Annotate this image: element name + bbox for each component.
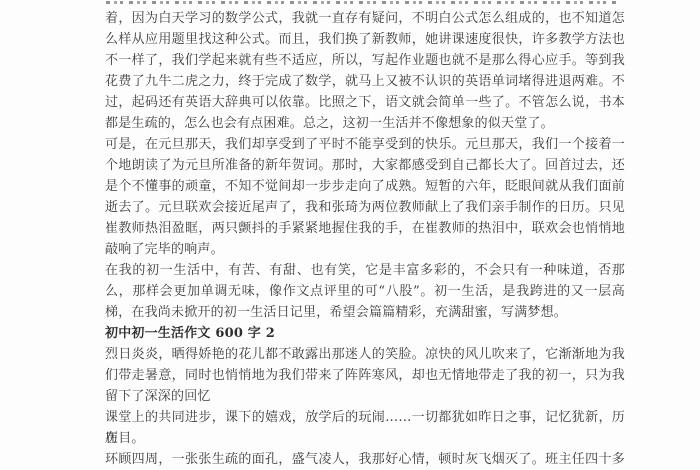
text-line: 么，那样会更加单调无味，像作文点评里的可“八股”。初一生活，是我跨进的又一层高 (105, 281, 625, 302)
cropped-text-line (106, 1, 618, 4)
text-line: 过，起码还有英语大辞典可以依靠。比照之下，语文就会简单一些了。不管怎么说，书本 (105, 92, 625, 113)
text-line: 梯，在我尚未掀开的初一生活日记里，希望会篇篇精彩，充满甜蜜，写满梦想。 (105, 302, 625, 323)
text-line: 留下了深深的回忆 (105, 386, 625, 407)
text-line: 环顾四周，一张张生疏的面孔，盛气凌人，我那好心情，顿时灰飞烟灭了。班主任四十多 (105, 449, 625, 470)
text-line: 么样从应用题里找这种公式。而且，我们换了新教师，她讲课速度很快，许多教学方法也 (105, 29, 625, 50)
text-line: 烈日炎炎，晒得娇艳的花儿都不敢露出那迷人的笑脸。凉快的风儿吹来了，它渐渐地为我 (105, 344, 625, 365)
text-line: 逝去了。元旦联欢会接近尾声了，我和张琦为两位教师献上了我们亲手制作的日历。只见 (105, 197, 625, 218)
text-line: 崔教师热泪盈眶，两只颤抖的手紧紧地握住我的手，在崔教师的热泪中，联欢会也悄悄地 (105, 218, 625, 239)
text-line: 敲响了完毕的响声。 (105, 239, 625, 260)
document-page: 着，因为白天学习的数学公式，我就一直存有疑问，不明白公式怎么组成的，也不知道怎么… (0, 0, 700, 470)
text-line: 是个不懂事的顽童，不知不觉间却一步步走向了成熟。短暂的六年，眨眼间就从我们面前 (105, 176, 625, 197)
text-line: 在我的初一生活中，有苦、有甜、也有笑，它是丰富多彩的，不会只有一种味道，否那 (105, 260, 625, 281)
text-line: 花费了九牛二虎之力，终于完成了数学，就马上又被不认识的英语单词堵得进退两难。不 (105, 71, 625, 92)
text-line: 个地朗读了为元旦所准备的新年贺词。那时，大家都感受到自己都长大了。回首过去，还 (105, 155, 625, 176)
text-line: 不一样了，我们学起来就有些不适应，所以，写起作业题也就不是那么得心应手。等到我 (105, 50, 625, 71)
text-line: 们带走暑意，同时也悄悄地为我们带来了阵阵寒风，却也无情地带走了我的初一，只为我 (105, 365, 625, 386)
section-heading: 初中初一生活作文 600 字 2 (105, 323, 625, 344)
text-line: 着，因为白天学习的数学公式，我就一直存有疑问，不明白公式怎么组成的，也不知道怎 (105, 8, 625, 29)
essay-content: 着，因为白天学习的数学公式，我就一直存有疑问，不明白公式怎么组成的，也不知道怎么… (105, 8, 625, 470)
text-line: 可是，在元旦那天，我们却享受到了平时不能享受到的快乐。元旦那天，我们一个接着一 (105, 134, 625, 155)
text-line: 课堂上的共同进步，课下的嬉戏，放学后的玩闹……一切都犹如昨日之事，记忆犹新，历历 (105, 407, 625, 428)
text-line: 在目。 (105, 428, 625, 449)
text-line: 都是生疏的，怎么也会有点困难。总之，这初一生活并不像想象的似天堂了。 (105, 113, 625, 134)
